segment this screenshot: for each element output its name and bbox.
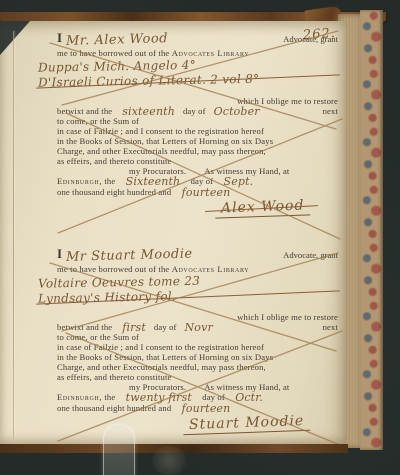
- printed-the: the: [104, 392, 115, 402]
- printed-next: next: [323, 106, 338, 116]
- printed-to-come: to come, or the Sum of: [57, 116, 338, 126]
- printed-i: I: [57, 33, 62, 43]
- signature: Stuart Moodie: [182, 413, 310, 435]
- printed-i: I: [57, 249, 62, 259]
- printed-betwixt: betwixt and the: [57, 106, 112, 116]
- printed-charge: Charge, and other Executorials needful, …: [57, 146, 338, 156]
- printed-betwixt: betwixt and the: [57, 322, 112, 332]
- form2-restore-line: betwixt and the first day of Novr next: [57, 322, 338, 332]
- printed-books-session: in the Books of Session, that Letters of…: [57, 352, 338, 362]
- printed-day-of: day of: [154, 322, 177, 332]
- form2-header-line: I Mr Stuart Moodie Advocate, grant: [57, 247, 338, 264]
- printed-day-of: day of: [191, 176, 214, 186]
- marbled-board-edge: [360, 10, 383, 450]
- borrower-name: Mr. Alex Wood: [66, 28, 283, 49]
- printed-one-thousand: one thousand eight hundred and: [57, 403, 171, 413]
- signature: Alex Wood: [214, 197, 310, 218]
- printed-the: the: [104, 176, 115, 186]
- page-crease-line: [13, 31, 14, 439]
- printed-oblige: which I oblige me to restore: [57, 96, 338, 106]
- photographed-register-page: 262. I Mr. Alex Wood Advocate, grant me …: [0, 0, 400, 475]
- form1-procurators-line: my Procurators. As witness my Hand, at: [57, 166, 338, 176]
- printed-day-of: day of: [202, 392, 225, 402]
- printed-to-come: to come, or the Sum of: [57, 332, 338, 342]
- page-corner-shadow: [0, 21, 30, 55]
- transparent-page-holder: [103, 424, 135, 475]
- printed-failzie: in case of Failzie ; and I consent to th…: [57, 126, 338, 136]
- year-word: fourteen: [182, 186, 231, 199]
- register-page: 262. I Mr. Alex Wood Advocate, grant me …: [0, 21, 346, 445]
- printed-borrowed: me to have borrowed out of the: [57, 48, 169, 58]
- form1-restore-line: betwixt and the sixteenth day of October…: [57, 106, 338, 116]
- form1-signature-line: Alex Wood: [57, 198, 338, 218]
- printed-advocate-grant: Advocate, grant: [283, 34, 338, 44]
- loan-form-alex-wood: I Mr. Alex Wood Advocate, grant me to ha…: [57, 31, 338, 218]
- loan-form-stuart-moodie: I Mr Stuart Moodie Advocate, grant me to…: [57, 247, 338, 434]
- printed-one-thousand: one thousand eight hundred and: [57, 187, 171, 197]
- printed-borrowed: me to have borrowed out of the: [57, 264, 169, 274]
- printed-charge: Charge, and other Executorials needful, …: [57, 362, 338, 372]
- leather-stain: [150, 446, 188, 475]
- printed-effeirs: as effeirs, and thereto constitute: [57, 156, 338, 166]
- printed-edinburgh: Edinburgh,: [57, 392, 102, 402]
- form2-procurators-line: my Procurators. As witness my Hand, at: [57, 382, 338, 392]
- printed-effeirs: as effeirs, and thereto constitute: [57, 372, 338, 382]
- printed-advocate-grant: Advocate, grant: [283, 250, 338, 260]
- form1-year-line: one thousand eight hundred and fourteen: [57, 187, 338, 198]
- printed-next: next: [323, 322, 338, 332]
- printed-edinburgh: Edinburgh,: [57, 176, 102, 186]
- form2-signature-line: Stuart Moodie: [57, 414, 338, 434]
- printed-books-session: in the Books of Session, that Letters of…: [57, 136, 338, 146]
- borrower-name: Mr Stuart Moodie: [66, 244, 283, 265]
- printed-day-of: day of: [183, 106, 206, 116]
- form1-header-line: I Mr. Alex Wood Advocate, grant: [57, 31, 338, 48]
- year-word: fourteen: [182, 402, 231, 415]
- printed-failzie: in case of Failzie ; and I consent to th…: [57, 342, 338, 352]
